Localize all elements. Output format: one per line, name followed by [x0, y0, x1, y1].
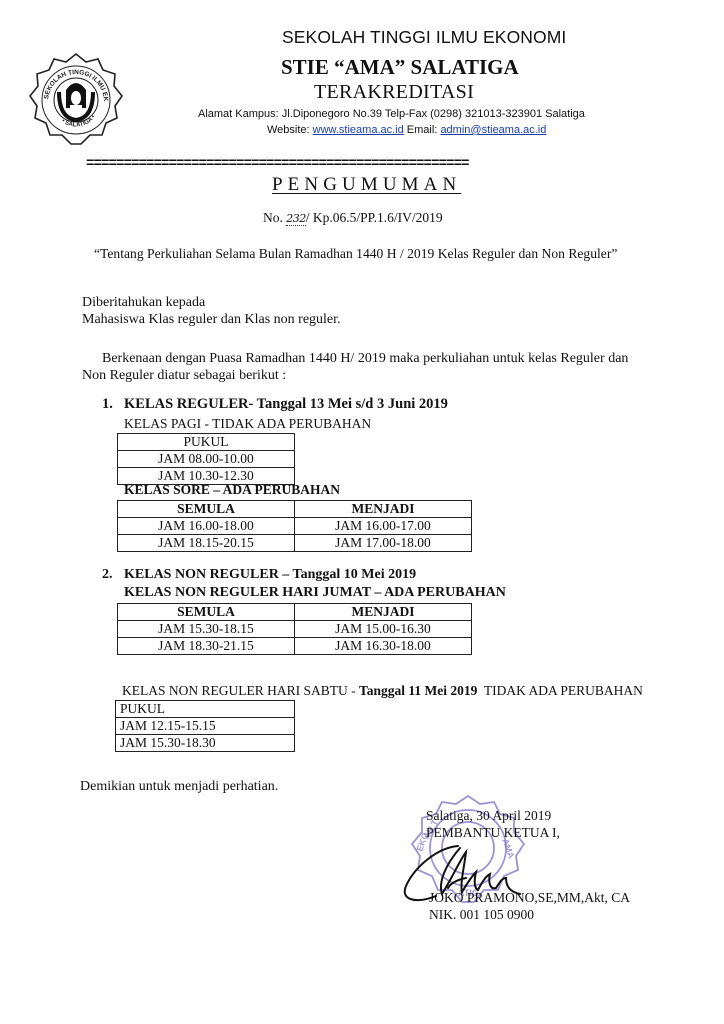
email-link[interactable]: admin@stieama.ac.id [440, 124, 546, 136]
table-cell: JAM 16.30-18.00 [295, 638, 472, 655]
campus-address: Alamat Kampus: Jl.Diponegoro No.39 Telp-… [198, 108, 585, 120]
kelas-sabtu-label: KELAS NON REGULER HARI SABTU - Tanggal 1… [122, 683, 643, 699]
table-header-cell: PUKUL [116, 701, 295, 718]
table-header-row: SEMULA MENJADI [118, 604, 472, 621]
announcement-title: PENGUMUMAN [272, 174, 461, 196]
section-1-heading: 1.KELAS REGULER- Tanggal 13 Mei s/d 3 Ju… [102, 396, 448, 413]
table-header-row: SEMULA MENJADI [118, 501, 472, 518]
table-row: JAM 16.00-18.00 JAM 16.00-17.00 [118, 518, 472, 535]
addressed-line-1: Diberitahukan kepada [82, 295, 205, 311]
table-header-row: PUKUL [116, 701, 295, 718]
number-suffix: / Kp.06.5/PP.1.6/IV/2019 [306, 210, 443, 225]
closing-statement: Demikian untuk menjadi perhatian. [80, 779, 278, 795]
announcement-number: No. 232/ Kp.06.5/PP.1.6/IV/2019 [263, 210, 443, 226]
kelas-sore-label: KELAS SORE – ADA PERUBAHAN [124, 482, 340, 498]
table-cell: JAM 15.30-18.30 [116, 735, 295, 752]
signature-place-date: Salatiga, 30 April 2019 [426, 808, 551, 824]
kelas-pagi-table: PUKUL JAM 08.00-10.00 JAM 10.30-12.30 [117, 433, 295, 485]
table-header-cell: MENJADI [295, 604, 472, 621]
section-1-number: 1. [102, 396, 124, 413]
table-cell: JAM 16.00-18.00 [118, 518, 295, 535]
institution-name: STIE “AMA” SALATIGA [281, 55, 519, 80]
institution-type: SEKOLAH TINGGI ILMU EKONOMI [282, 27, 566, 48]
announcement-subject: “Tentang Perkuliahan Selama Bulan Ramadh… [94, 246, 617, 262]
table-header-row: PUKUL [118, 434, 295, 451]
table-row: JAM 12.15-15.15 [116, 718, 295, 735]
table-row: JAM 18.15-20.15 JAM 17.00-18.00 [118, 535, 472, 552]
table-cell: JAM 18.15-20.15 [118, 535, 295, 552]
signatory-name: JOKO PRAMONO,SE,MM,Akt, CA [429, 890, 630, 906]
section-2-heading: 2.KELAS NON REGULER – Tanggal 10 Mei 201… [102, 567, 416, 583]
kelas-jumat-label: KELAS NON REGULER HARI JUMAT – ADA PERUB… [124, 585, 506, 601]
addressed-line-2: Mahasiswa Klas reguler dan Klas non regu… [82, 312, 341, 328]
kelas-sabtu-table: PUKUL JAM 12.15-15.15 JAM 15.30-18.30 [115, 700, 295, 752]
table-header-cell: MENJADI [295, 501, 472, 518]
table-header-cell: SEMULA [118, 604, 295, 621]
kelas-sore-table: SEMULA MENJADI JAM 16.00-18.00 JAM 16.00… [117, 500, 472, 552]
signatory-nik: NIK. 001 105 0900 [429, 907, 534, 923]
table-row: JAM 08.00-10.00 [118, 451, 295, 468]
section-1-title: KELAS REGULER- Tanggal 13 Mei s/d 3 Juni… [124, 396, 448, 412]
kelas-jumat-table: SEMULA MENJADI JAM 15.30-18.15 JAM 15.00… [117, 603, 472, 655]
sabtu-label-pre: KELAS NON REGULER HARI SABTU - [122, 683, 359, 698]
section-2-number: 2. [102, 567, 124, 583]
letterhead-separator: ========================================… [86, 156, 469, 172]
email-label: Email: [404, 124, 441, 136]
table-cell: JAM 08.00-10.00 [118, 451, 295, 468]
table-row: JAM 15.30-18.15 JAM 15.00-16.30 [118, 621, 472, 638]
table-header-cell: PUKUL [118, 434, 295, 451]
contact-line: Website: www.stieama.ac.id Email: admin@… [267, 124, 546, 136]
number-prefix: No. [263, 210, 286, 225]
intro-line-1: Berkenaan dengan Puasa Ramadhan 1440 H/ … [102, 351, 628, 367]
website-label: Website: [267, 124, 313, 136]
table-row: JAM 18.30-21.15 JAM 16.30-18.00 [118, 638, 472, 655]
table-cell: JAM 16.00-17.00 [295, 518, 472, 535]
sabtu-date: Tanggal 11 Mei 2019 [359, 683, 477, 698]
table-cell: JAM 15.30-18.15 [118, 621, 295, 638]
institution-seal-icon: SEKOLAH TINGGI ILMU EKONOMI • SALATIGA • [26, 50, 126, 150]
intro-line-2: Non Reguler diatur sebagai berikut : [82, 368, 286, 384]
kelas-pagi-label: KELAS PAGI - TIDAK ADA PERUBAHAN [124, 416, 371, 432]
table-cell: JAM 17.00-18.00 [295, 535, 472, 552]
section-2-title: KELAS NON REGULER – Tanggal 10 Mei 2019 [124, 567, 416, 582]
table-cell: JAM 18.30-21.15 [118, 638, 295, 655]
table-cell: JAM 15.00-16.30 [295, 621, 472, 638]
table-row: JAM 15.30-18.30 [116, 735, 295, 752]
website-link[interactable]: www.stieama.ac.id [313, 124, 404, 136]
sabtu-label-post: TIDAK ADA PERUBAHAN [477, 683, 643, 698]
handwritten-number: 232 [286, 212, 306, 226]
table-cell: JAM 12.15-15.15 [116, 718, 295, 735]
table-header-cell: SEMULA [118, 501, 295, 518]
accreditation-status: TERAKREDITASI [314, 81, 474, 104]
